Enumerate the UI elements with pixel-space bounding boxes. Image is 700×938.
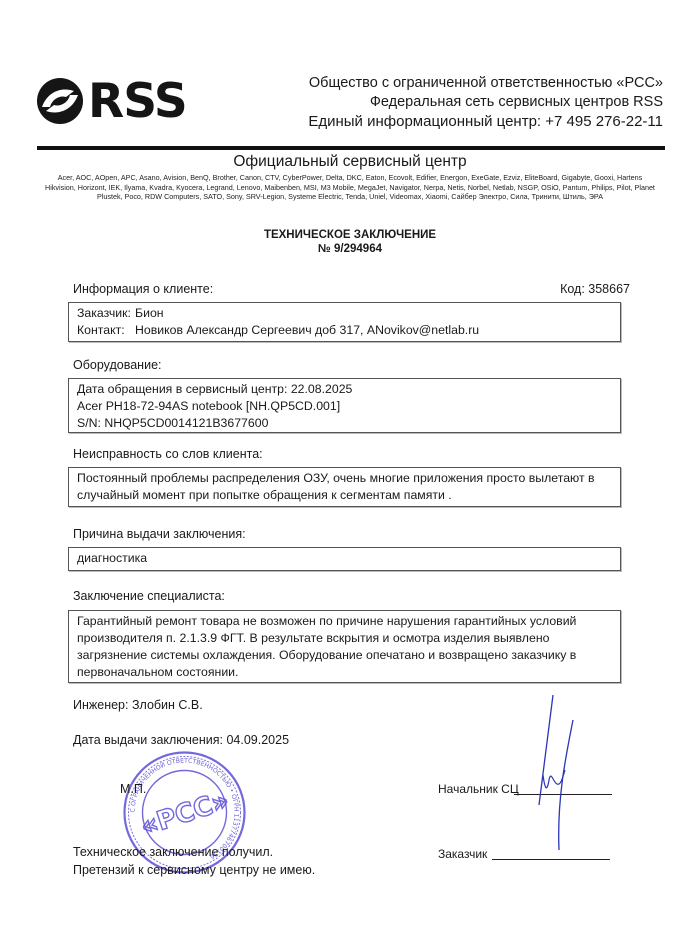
logo-text: RSS <box>88 78 187 125</box>
stamp-center-text: «РСС» <box>137 786 233 843</box>
brands-line: Plustek, Poco, RDW Computers, SATO, Sony… <box>20 192 680 202</box>
customer-value: Бион <box>135 305 164 322</box>
customer-sign-label: Заказчик <box>438 847 487 861</box>
issue-date: Дата выдачи заключения: 04.09.2025 <box>73 733 289 747</box>
brands-line: Acer, AOC, AOpen, APC, Asano, Avision, B… <box>20 173 680 183</box>
customer-key: Заказчик: <box>77 305 135 322</box>
contact-row: Контакт: Новиков Александр Сергеевич доб… <box>77 322 612 339</box>
head-label: Начальник СЦ <box>438 782 519 796</box>
official-center-title: Официальный сервисный центр <box>0 153 700 171</box>
reason-value: диагностика <box>77 550 612 567</box>
fault-box: Постоянный проблемы распределения ОЗУ, о… <box>68 467 621 507</box>
client-code: Код: 358667 <box>560 282 630 296</box>
engineer-name: Инженер: Злобин С.В. <box>73 698 203 712</box>
conclusion-line: Гарантийный ремонт товара не возможен по… <box>77 613 612 630</box>
company-name: Общество с ограниченной ответственностью… <box>308 74 663 93</box>
company-phone: Единый информационный центр: +7 495 276-… <box>308 112 663 131</box>
seal-mark: М.П. <box>120 782 146 796</box>
fault-section-label: Неисправность со слов клиента: <box>73 447 263 461</box>
contact-key: Контакт: <box>77 322 135 339</box>
contact-value: Новиков Александр Сергеевич доб 317, ANo… <box>135 322 479 339</box>
fault-line: Постоянный проблемы распределения ОЗУ, о… <box>77 470 612 487</box>
equipment-section-label: Оборудование: <box>73 358 162 372</box>
conclusion-section-label: Заключение специалиста: <box>73 589 225 603</box>
company-info: Общество с ограниченной ответственностью… <box>308 74 663 131</box>
equipment-serial: S/N: NHQP5CD0014121B3677600 <box>77 415 612 432</box>
client-section-label: Информация о клиенте: <box>73 282 213 296</box>
fault-line: случайный момент при попытке обращения к… <box>77 487 612 504</box>
equipment-box: Дата обращения в сервисный центр: 22.08.… <box>68 378 621 433</box>
equipment-model: Acer PH18-72-94AS notebook [NH.QP5CD.001… <box>77 398 612 415</box>
brands-list: Acer, AOC, AOpen, APC, Asano, Avision, B… <box>20 173 680 202</box>
conclusion-box: Гарантийный ремонт товара не возможен по… <box>68 610 621 683</box>
client-box: Заказчик: Бион Контакт: Новиков Александ… <box>68 302 621 342</box>
conclusion-line: производителя п. 2.1.3.9 ФГТ. В результа… <box>77 630 612 647</box>
conclusion-line: загрязнение системы охлаждения. Оборудов… <box>77 647 612 664</box>
document-title: ТЕХНИЧЕСКОЕ ЗАКЛЮЧЕНИЕ № 9/294964 <box>0 228 700 256</box>
rss-logo-icon <box>36 77 84 125</box>
rss-logo: RSS <box>36 75 206 127</box>
reason-section-label: Причина выдачи заключения: <box>73 527 246 541</box>
customer-row: Заказчик: Бион <box>77 305 612 322</box>
conclusion-line: первоначальном состоянии. <box>77 664 612 681</box>
equipment-request-date: Дата обращения в сервисный центр: 22.08.… <box>77 381 612 398</box>
no-claims-statement: Претензий к сервисному центру не имею. <box>73 863 315 877</box>
received-statement: Техническое заключение получил. <box>73 845 273 859</box>
document-title-text: ТЕХНИЧЕСКОЕ ЗАКЛЮЧЕНИЕ <box>0 228 700 242</box>
handwritten-signature <box>535 690 595 870</box>
brands-line: Hikvision, Horizont, IEK, Ilyama, Kvadra… <box>20 183 680 193</box>
reason-box: диагностика <box>68 547 621 571</box>
document-number: № 9/294964 <box>0 242 700 256</box>
header-divider <box>37 146 665 150</box>
company-network: Федеральная сеть сервисных центров RSS <box>308 93 663 112</box>
